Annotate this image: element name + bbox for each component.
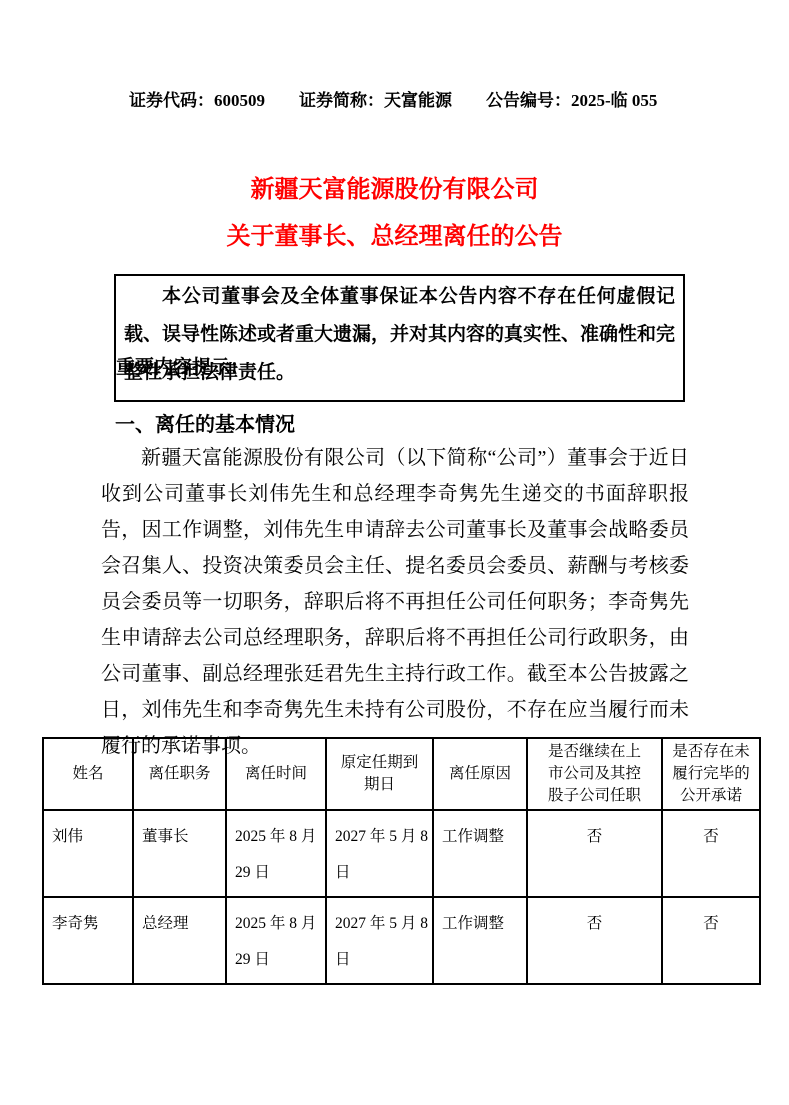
- cell-original-term-end: 2027 年 5 月 8 日: [326, 897, 433, 984]
- table-row: 刘伟 董事长 2025 年 8 月 29 日 2027 年 5 月 8 日 工作…: [43, 810, 760, 897]
- resignation-table: 姓名 离任职务 离任时间 原定任期到 期日 离任原因 是否继续在上 市公司及其控…: [42, 737, 761, 985]
- section-1-heading: 一、离任的基本情况: [115, 408, 295, 437]
- disclaimer-box: 本公司董事会及全体董事保证本公告内容不存在任何虚假记载、误导性陈述或者重大遗漏，…: [114, 274, 685, 402]
- cell-unfulfilled-commitments: 否: [662, 897, 760, 984]
- company-title: 新疆天富能源股份有限公司: [0, 176, 789, 204]
- header-meta-line: 证券代码：600509 证券简称：天富能源 公告编号：2025-临 055: [129, 90, 657, 112]
- cell-unfulfilled-commitments: 否: [662, 810, 760, 897]
- cell-reason: 工作调整: [433, 810, 527, 897]
- table-row: 李奇隽 总经理 2025 年 8 月 29 日 2027 年 5 月 8 日 工…: [43, 897, 760, 984]
- cell-name: 刘伟: [43, 810, 133, 897]
- header-original-term-end: 原定任期到 期日: [326, 738, 433, 810]
- announcement-page: 证券代码：600509 证券简称：天富能源 公告编号：2025-临 055 新疆…: [0, 0, 789, 1105]
- header-unfulfilled-commitments: 是否存在未 履行完毕的 公开承诺: [662, 738, 760, 810]
- header-departure-date: 离任时间: [226, 738, 326, 810]
- header-name: 姓名: [43, 738, 133, 810]
- important-note-heading: 重要内容提示：: [116, 352, 249, 379]
- stock-code: 证券代码：600509: [129, 90, 265, 112]
- cell-reason: 工作调整: [433, 897, 527, 984]
- cell-position: 总经理: [133, 897, 226, 984]
- cell-continue-role: 否: [527, 810, 662, 897]
- cell-departure-date: 2025 年 8 月 29 日: [226, 897, 326, 984]
- announcement-title: 关于董事长、总经理离任的公告: [0, 223, 789, 251]
- cell-departure-date: 2025 年 8 月 29 日: [226, 810, 326, 897]
- cell-original-term-end: 2027 年 5 月 8 日: [326, 810, 433, 897]
- cell-continue-role: 否: [527, 897, 662, 984]
- section-1-paragraph: 新疆天富能源股份有限公司（以下简称“公司”）董事会于近日收到公司董事长刘伟先生和…: [101, 440, 689, 764]
- header-position: 离任职务: [133, 738, 226, 810]
- table-header-row: 姓名 离任职务 离任时间 原定任期到 期日 离任原因 是否继续在上 市公司及其控…: [43, 738, 760, 810]
- cell-position: 董事长: [133, 810, 226, 897]
- header-continue-role: 是否继续在上 市公司及其控 股子公司任职: [527, 738, 662, 810]
- announcement-number: 公告编号：2025-临 055: [486, 90, 657, 112]
- stock-abbr: 证券简称：天富能源: [299, 90, 452, 112]
- header-reason: 离任原因: [433, 738, 527, 810]
- cell-name: 李奇隽: [43, 897, 133, 984]
